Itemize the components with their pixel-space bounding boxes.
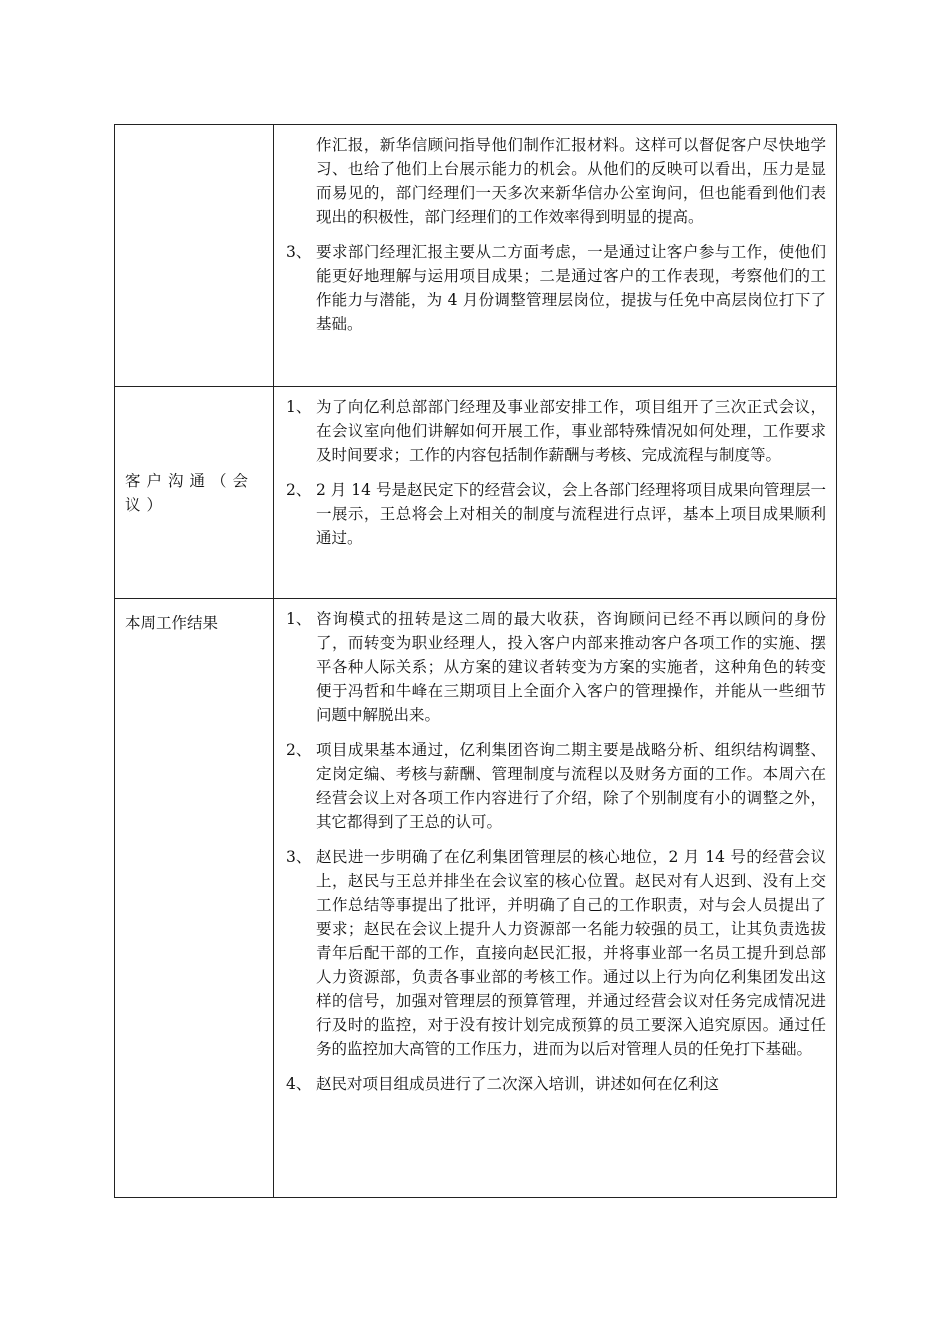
- list-item: 3、 赵民进一步明确了在亿利集团管理层的核心地位，2 月 14 号的经营会议上，…: [286, 845, 826, 1061]
- row-label: 本周工作结果: [115, 599, 273, 635]
- list-item: 2、 2 月 14 号是赵民定下的经营会议，会上各部门经理将项目成果向管理层一一…: [286, 478, 826, 550]
- table-row: 客户沟通（会议） 1、 为了向亿利总部部门经理及事业部安排工作，项目组开了三次正…: [115, 387, 837, 599]
- item-text: 为了向亿利总部部门经理及事业部安排工作，项目组开了三次正式会议，在会议室向他们讲…: [316, 395, 826, 467]
- row-label-cell: [115, 125, 274, 387]
- row-content-cell: 1、 咨询模式的扭转是这二周的最大收获，咨询顾问已经不再以顾问的身份了，而转变为…: [274, 599, 837, 1198]
- item-number: 3、: [286, 845, 316, 1061]
- item-text: 赵民对项目组成员进行了二次深入培训，讲述如何在亿利这: [316, 1072, 826, 1096]
- item-number: 2、: [286, 738, 316, 834]
- list-item: 3、 要求部门经理汇报主要从二方面考虑，一是通过让客户参与工作，使他们能更好地理…: [286, 240, 826, 336]
- document-page: 作汇报，新华信顾问指导他们制作汇报材料。这样可以督促客户尽快地学习、也给了他们上…: [0, 0, 950, 1344]
- list-item: 1、 为了向亿利总部部门经理及事业部安排工作，项目组开了三次正式会议，在会议室向…: [286, 395, 826, 467]
- weekly-report-table: 作汇报，新华信顾问指导他们制作汇报材料。这样可以督促客户尽快地学习、也给了他们上…: [114, 124, 837, 1198]
- item-text: 赵民进一步明确了在亿利集团管理层的核心地位，2 月 14 号的经营会议上，赵民与…: [316, 845, 826, 1061]
- item-number: 3、: [286, 240, 316, 336]
- list-item: 4、 赵民对项目组成员进行了二次深入培训，讲述如何在亿利这: [286, 1072, 826, 1096]
- row-content-cell: 作汇报，新华信顾问指导他们制作汇报材料。这样可以督促客户尽快地学习、也给了他们上…: [274, 125, 837, 387]
- item-number: 4、: [286, 1072, 316, 1096]
- list-item: 1、 咨询模式的扭转是这二周的最大收获，咨询顾问已经不再以顾问的身份了，而转变为…: [286, 607, 826, 727]
- list-item: 2、 项目成果基本通过，亿利集团咨询二期主要是战略分析、组织结构调整、定岗定编、…: [286, 738, 826, 834]
- row-content-cell: 1、 为了向亿利总部部门经理及事业部安排工作，项目组开了三次正式会议，在会议室向…: [274, 387, 837, 599]
- table-row: 作汇报，新华信顾问指导他们制作汇报材料。这样可以督促客户尽快地学习、也给了他们上…: [115, 125, 837, 387]
- table-row: 本周工作结果 1、 咨询模式的扭转是这二周的最大收获，咨询顾问已经不再以顾问的身…: [115, 599, 837, 1198]
- row-label: 客户沟通（会议）: [115, 469, 273, 517]
- item-number: 1、: [286, 607, 316, 727]
- item-number: 2、: [286, 478, 316, 550]
- item-number: 1、: [286, 395, 316, 467]
- row-label-cell: 本周工作结果: [115, 599, 274, 1198]
- list-item: 作汇报，新华信顾问指导他们制作汇报材料。这样可以督促客户尽快地学习、也给了他们上…: [286, 133, 826, 229]
- item-text: 作汇报，新华信顾问指导他们制作汇报材料。这样可以督促客户尽快地学习、也给了他们上…: [286, 133, 826, 229]
- item-text: 咨询模式的扭转是这二周的最大收获，咨询顾问已经不再以顾问的身份了，而转变为职业经…: [316, 607, 826, 727]
- item-text: 2 月 14 号是赵民定下的经营会议，会上各部门经理将项目成果向管理层一一展示，…: [316, 478, 826, 550]
- item-text: 项目成果基本通过，亿利集团咨询二期主要是战略分析、组织结构调整、定岗定编、考核与…: [316, 738, 826, 834]
- item-text: 要求部门经理汇报主要从二方面考虑，一是通过让客户参与工作，使他们能更好地理解与运…: [316, 240, 826, 336]
- row-label-cell: 客户沟通（会议）: [115, 387, 274, 599]
